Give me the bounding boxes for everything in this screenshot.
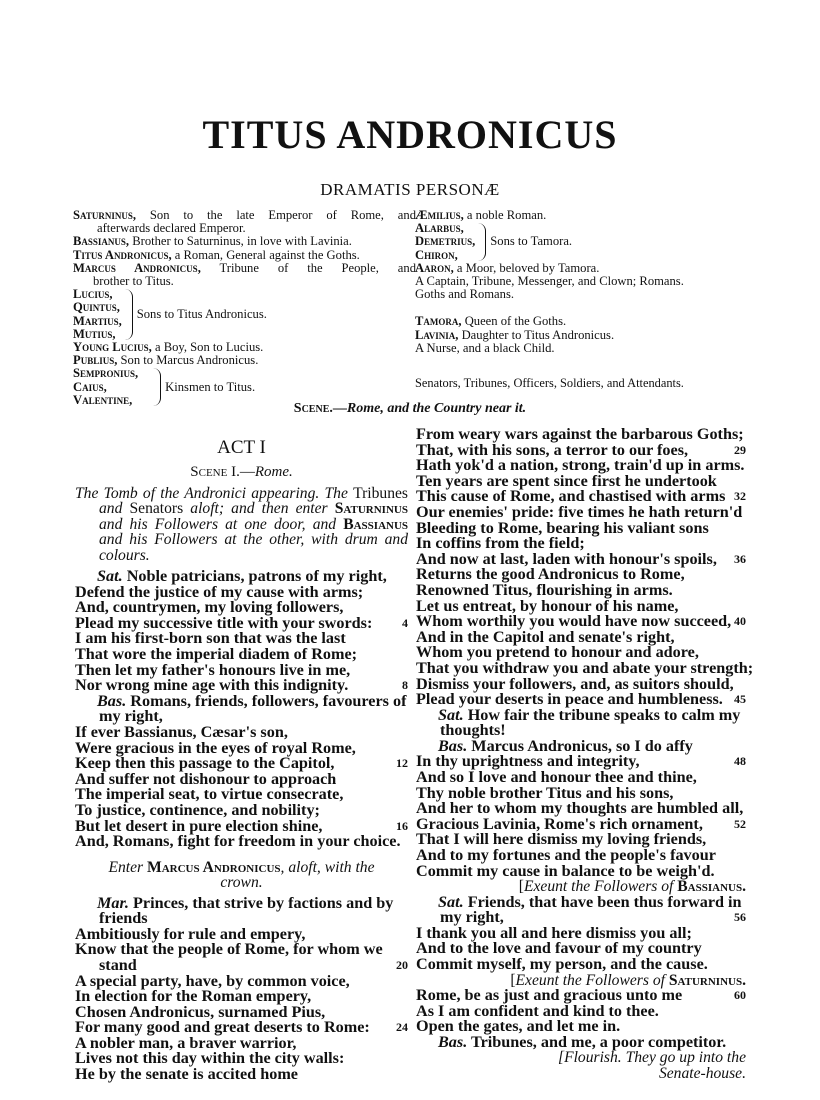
flourish-direction: [Flourish. They go up into theSenate-hou…: [416, 1050, 746, 1081]
character-lavinia: Lavinia, Daughter to Titus Andronicus.: [415, 329, 785, 342]
line-text: Princes, that strive by factions and by: [133, 894, 393, 912]
line-number: 52: [734, 817, 746, 833]
verse-lines-right: From weary wars against the barbarous Go…: [416, 427, 746, 879]
line-number: 24: [396, 1020, 408, 1036]
line-number: 56: [734, 910, 746, 926]
line-number: 36: [734, 552, 746, 568]
line-number: 4: [402, 616, 408, 632]
dramatis-personae-right: Æmilius, a noble Roman. Alarbus, Demetri…: [415, 209, 785, 390]
line-number: 20: [396, 958, 408, 974]
line-number: 40: [734, 614, 746, 630]
line-number: 60: [734, 988, 746, 1004]
character-group-sons-of-titus: Lucius, Quintus, Martius, Mutius, Sons t…: [73, 288, 416, 341]
act-heading: ACT I: [75, 436, 408, 460]
enter-marcus-direction: Enter Marcus Andronicus, aloft, with the…: [75, 860, 408, 891]
line-text: Tribunes, and me, a poor competitor.: [471, 1033, 726, 1051]
verse-line: Commit my cause in balance to be weigh'd…: [416, 864, 746, 880]
line-text: Commit my cause in balance to be weigh'd…: [416, 862, 715, 880]
line-text: And, Romans, fight for freedom in your c…: [75, 832, 401, 850]
speaker-name: Bas.: [438, 1033, 467, 1051]
dramatis-personae-heading: DRAMATIS PERSONÆ: [0, 180, 820, 200]
play-title: TITUS ANDRONICUS: [0, 113, 820, 157]
verse-line: Commit myself, my person, and the cause.: [416, 957, 746, 973]
text-column-left: ACT I Scene I.—Rome. The Tomb of the And…: [75, 436, 408, 1083]
line-text: How fair the tribune speaks to calm my: [468, 706, 741, 724]
line-number: 48: [734, 754, 746, 770]
scene-setting: Scene.—Rome, and the Country near it.: [0, 400, 820, 418]
brace-icon: [124, 289, 133, 340]
line-text: Commit myself, my person, and the cause.: [416, 955, 708, 973]
text-column-right: From weary wars against the barbarous Go…: [416, 427, 746, 1081]
character-goths-romans: Goths and Romans.: [415, 288, 785, 301]
character-group-sons-of-tamora: Alarbus, Demetrius, Chiron, Sons to Tamo…: [415, 222, 785, 262]
character-nurse: A Nurse, and a black Child.: [415, 342, 785, 355]
verse-lines-left-2: Mar. Princes, that strive by factions an…: [75, 896, 408, 1083]
line-text: Romans, friends, followers, favourers of: [130, 692, 406, 710]
verse-line: He by the senate is accited home: [75, 1067, 408, 1083]
verse-line: Bas. Tribunes, and me, a poor competitor…: [416, 1035, 746, 1051]
character-aemilius: Æmilius, a noble Roman.: [415, 209, 785, 222]
verse-lines-left: Sat. Noble patricians, patrons of my rig…: [75, 569, 408, 850]
verse-lines-right-3: Rome, be as just and gracious unto me60A…: [416, 988, 746, 1050]
character-attendants: Senators, Tribunes, Officers, Soldiers, …: [415, 377, 785, 390]
verse-line: And, Romans, fight for freedom in your c…: [75, 834, 408, 850]
character-marcus-cont: brother to Titus.: [73, 275, 416, 288]
dramatis-personae-left: Saturninus, Son to the late Emperor of R…: [73, 209, 416, 407]
line-text: Friends, that have been thus forward in: [468, 893, 742, 911]
opening-stage-direction: The Tomb of the Andronici appearing. The…: [75, 486, 408, 563]
brace-icon: [477, 223, 486, 261]
scene-heading: Scene I.—Rome.: [75, 462, 408, 482]
line-number: 12: [396, 756, 408, 772]
line-text: He by the senate is accited home: [75, 1065, 298, 1083]
verse-lines-right-2: Sat. Friends, that have been thus forwar…: [416, 895, 746, 973]
